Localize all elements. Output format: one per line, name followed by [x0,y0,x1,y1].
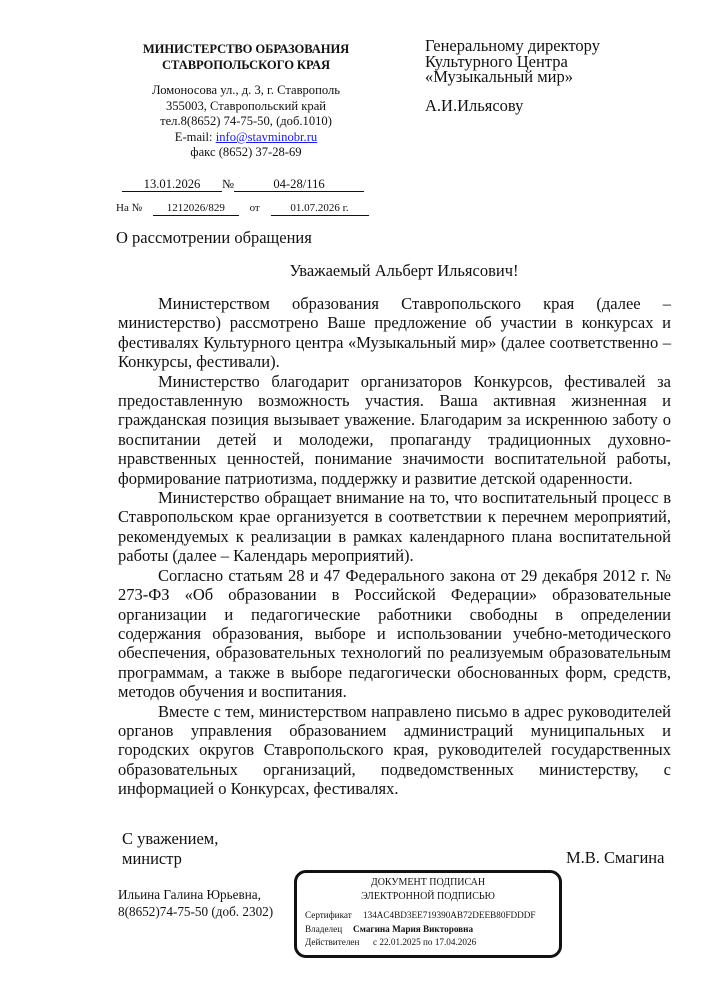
address-line2: 355003, Ставропольский край [108,99,384,115]
certificate-label: Сертификат [305,909,363,923]
phone: тел.8(8652) 74-75-50, (доб.1010) [108,114,384,130]
org-contacts: Ломоносова ул., д. 3, г. Ставрополь 3550… [108,83,384,161]
paragraph: Министерство обращает внимание на то, чт… [118,488,671,566]
valid-label: Действителен [305,936,373,950]
number-sign: № [222,177,234,191]
paragraph: Согласно статьям 28 и 47 Федерального за… [118,566,671,702]
org-name-line2: СТАВРОПОЛЬСКОГО КРАЯ [108,58,384,74]
reply-number: 1212026/829 [153,202,239,216]
reply-label: На № [116,202,142,214]
stamp-certificate-row: Сертификат134AC4BD3EE719390AB72DEEB80FDD… [305,909,551,923]
valid-value: с 22.01.2025 по 17.04.2026 [373,937,476,947]
email-label: E-mail: [175,130,216,144]
subject: О рассмотрении обращения [116,228,312,248]
address-line1: Ломоносова ул., д. 3, г. Ставрополь [108,83,384,99]
outgoing-date: 13.01.2026 [122,178,222,192]
registration-line: 13.01.2026№04-28/116 [122,177,364,192]
fax: факс (8652) 37-28-69 [108,145,384,161]
reply-line: На № 1212026/829 от 01.07.2026 г. [116,202,369,216]
executor-name: Ильина Галина Юрьевна, [118,887,273,904]
paragraph: Вместе с тем, министерством направлено п… [118,702,671,799]
addressee: Генеральному директору Культурного Центр… [425,38,600,113]
org-name-line1: МИНИСТЕРСТВО ОБРАЗОВАНИЯ [108,42,384,58]
executor-phone: 8(8652)74-75-50 (доб. 2302) [118,904,273,921]
reply-date: 01.07.2026 г. [271,202,369,216]
email-row: E-mail: info@stavminobr.ru [108,130,384,146]
paragraph: Министерство благодарит организаторов Ко… [118,372,671,488]
letterhead: МИНИСТЕРСТВО ОБРАЗОВАНИЯ СТАВРОПОЛЬСКОГО… [108,42,384,161]
certificate-value: 134AC4BD3EE719390AB72DEEB80FDDDF [363,910,536,920]
signer-name: М.В. Смагина [566,848,664,868]
stamp-owner-row: ВладелецСмагина Мария Викторовна [305,923,551,937]
outgoing-number: 04-28/116 [234,178,364,192]
signoff: С уважением, министр [122,829,218,868]
owner-value: Смагина Мария Викторовна [353,924,473,934]
paragraph: Министерством образования Ставропольског… [118,294,671,372]
stamp-title-line1: ДОКУМЕНТ ПОДПИСАН [305,876,551,890]
addressee-name: А.И.Ильясову [425,98,600,114]
email-link[interactable]: info@stavminobr.ru [216,130,318,144]
stamp-validity-row: Действителенс 22.01.2025 по 17.04.2026 [305,936,551,950]
owner-label: Владелец [305,923,353,937]
executor: Ильина Галина Юрьевна, 8(8652)74-75-50 (… [118,887,273,920]
addressee-line3: «Музыкальный мир» [425,69,600,85]
signer-position: министр [122,849,218,869]
letter-body: Министерством образования Ставропольског… [118,294,671,799]
reply-from-label: от [250,202,260,214]
greeting: Уважаемый Альберт Ильясович! [0,261,708,281]
regards: С уважением, [122,829,218,849]
stamp-title-line2: ЭЛЕКТРОННОЙ ПОДПИСЬЮ [305,890,551,904]
e-signature-stamp: ДОКУМЕНТ ПОДПИСАН ЭЛЕКТРОННОЙ ПОДПИСЬЮ С… [294,870,562,958]
